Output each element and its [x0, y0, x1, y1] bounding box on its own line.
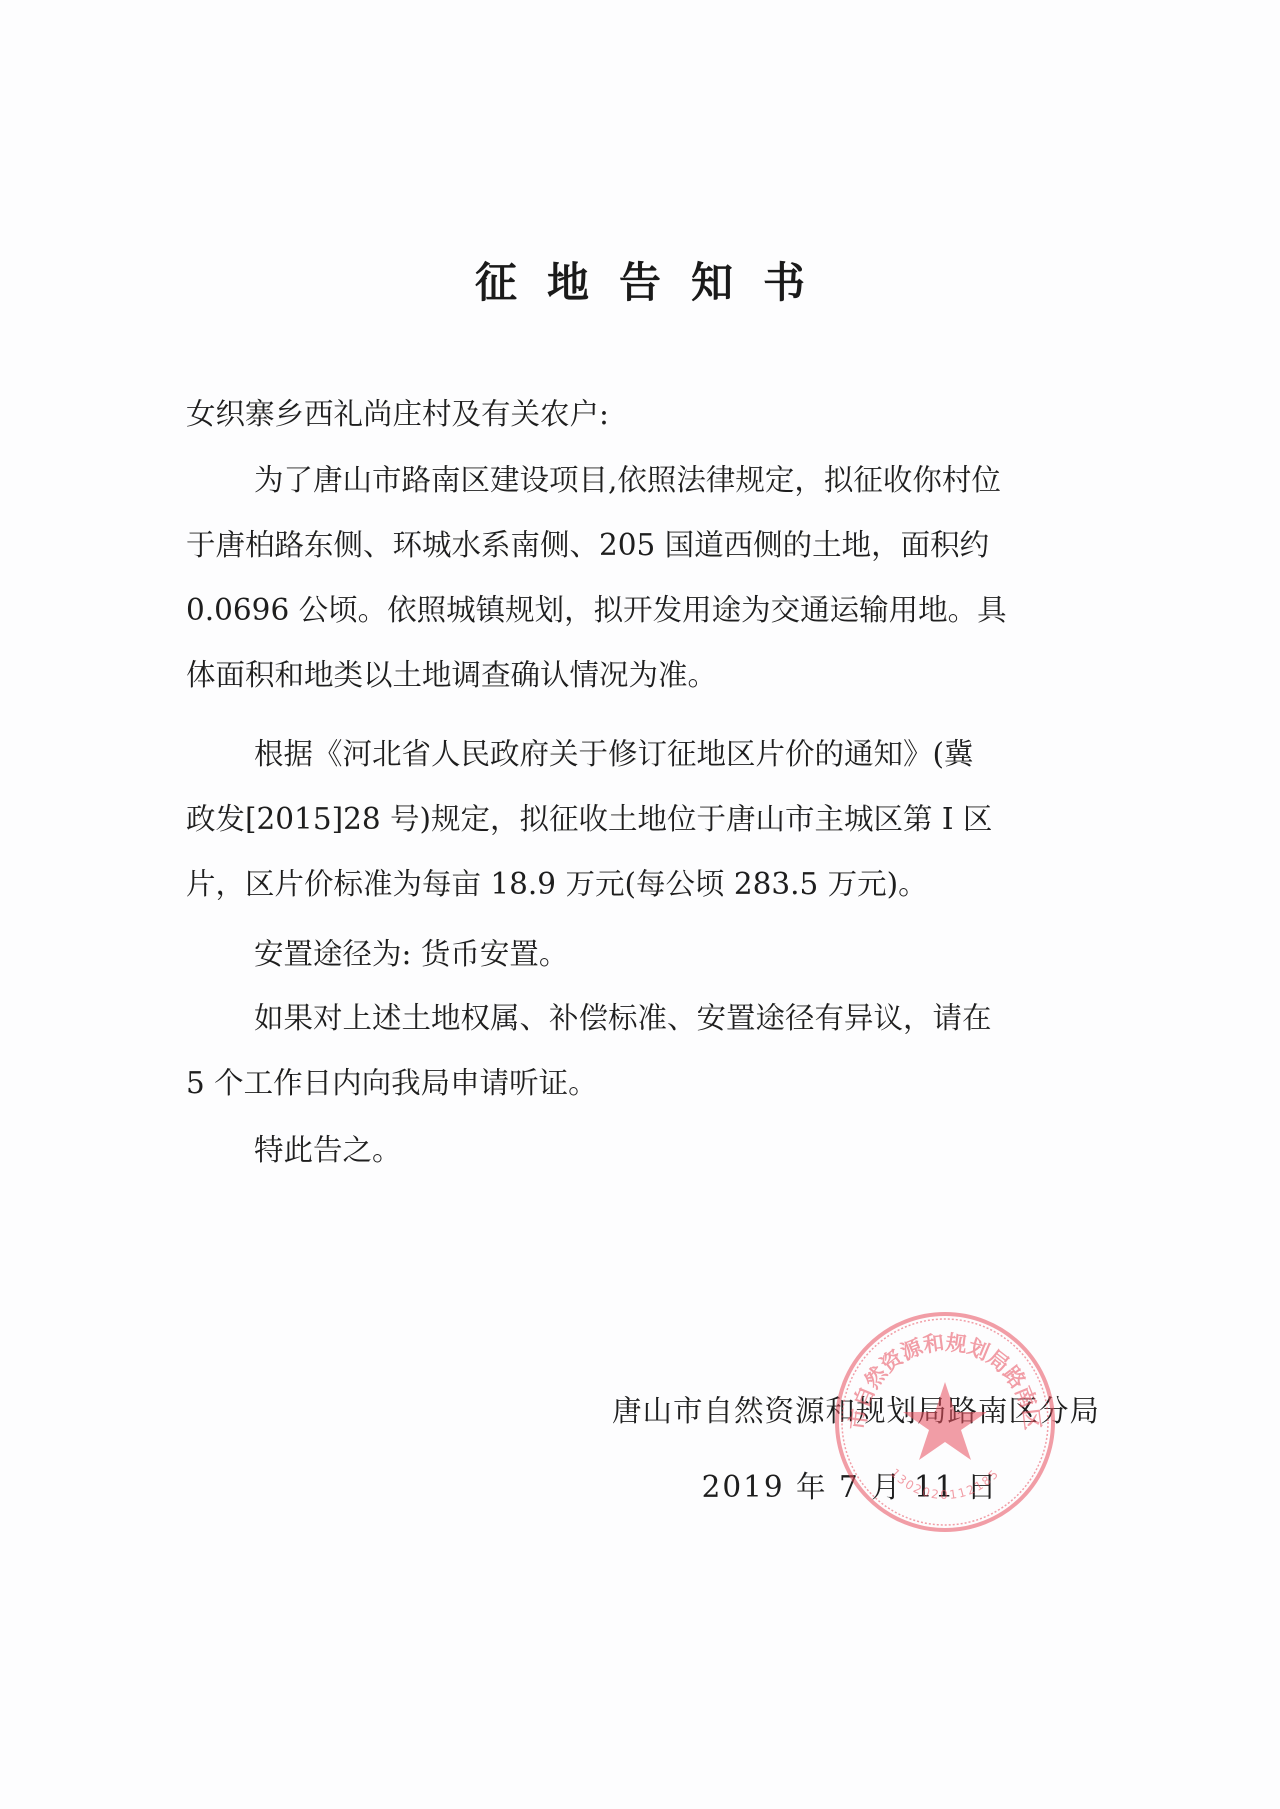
paragraph-closing: 特此告之。 [186, 1118, 1110, 1183]
text-line: 特此告之。 [186, 1118, 1110, 1183]
paragraph-compensation-standard: 根据《河北省人民政府关于修订征地区片价的通知》(冀 政发[2015]28 号)规… [186, 722, 1110, 917]
text-line: 0.0696 公顷。依照城镇规划，拟开发用途为交通运输用地。具 [186, 578, 1110, 643]
paragraph-project-description: 为了唐山市路南区建设项目,依照法律规定，拟征收你村位 于唐柏路东侧、环城水系南侧… [186, 448, 1110, 708]
text-line: 体面积和地类以土地调查确认情况为准。 [186, 643, 1110, 708]
document-page: 征地告知书 女织寨乡西礼尚庄村及有关农户: 为了唐山市路南区建设项目,依照法律规… [0, 0, 1280, 1809]
text-line: 为了唐山市路南区建设项目,依照法律规定，拟征收你村位 [186, 448, 1110, 513]
text-line: 于唐柏路东侧、环城水系南侧、205 国道西侧的土地，面积约 [186, 513, 1110, 578]
salutation: 女织寨乡西礼尚庄村及有关农户: [186, 388, 609, 440]
paragraph-hearing-notice: 如果对上述土地权属、补偿标准、安置途径有异议，请在 5 个工作日内向我局申请听证… [186, 986, 1110, 1116]
text-line: 如果对上述土地权属、补偿标准、安置途径有异议，请在 [186, 986, 1110, 1051]
text-line: 片，区片价标准为每亩 18.9 万元(每公顷 283.5 万元)。 [186, 852, 1110, 917]
issue-date: 2019 年 7 月 11 日 [700, 1462, 1000, 1512]
text-line: 政发[2015]28 号)规定，拟征收土地位于唐山市主城区第 I 区 [186, 787, 1110, 852]
text-line: 5 个工作日内向我局申请听证。 [186, 1051, 1110, 1116]
issuer-signature: 唐山市自然资源和规划局路南区分局 [540, 1386, 1100, 1436]
paragraph-resettlement: 安置途径为: 货币安置。 [186, 922, 1110, 987]
text-line: 安置途径为: 货币安置。 [186, 922, 1110, 987]
text-line: 根据《河北省人民政府关于修订征地区片价的通知》(冀 [186, 722, 1110, 787]
document-title: 征地告知书 [0, 250, 1280, 310]
